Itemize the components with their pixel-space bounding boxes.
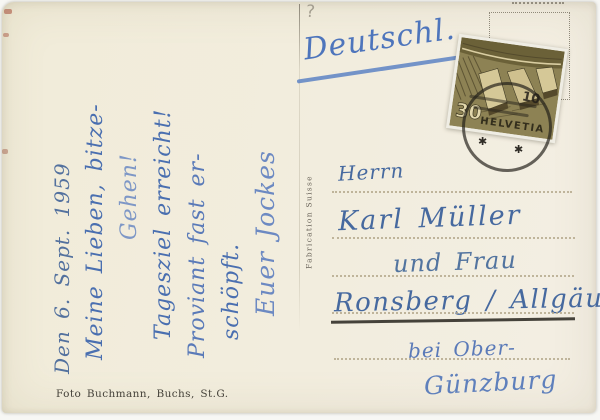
postcard-photo: Fabrication Suisse ? Den 6. Sept. 1959 M… xyxy=(0,0,600,420)
postmark-star-icon: ✱ xyxy=(514,143,523,156)
postmark-smudge xyxy=(473,106,529,117)
address-dotted-line xyxy=(332,237,575,239)
scan-speck xyxy=(4,9,12,14)
address-dotted-line xyxy=(332,191,572,193)
message-signature: Euer Jockes xyxy=(249,5,283,380)
scan-speck xyxy=(2,149,8,154)
address-dotted-line xyxy=(332,312,574,314)
stamp-box-edge xyxy=(512,2,564,4)
postmark-circle: 10 ✱ ✱ xyxy=(462,82,552,172)
message-line: Tagesziel erreicht! xyxy=(147,5,181,380)
publisher-imprint: Foto Buchmann, Buchs, St.G. xyxy=(56,388,229,400)
message-line: Meine Lieben, bitze- xyxy=(79,5,113,380)
message-line: Gehen! xyxy=(113,5,147,380)
scan-speck xyxy=(3,33,9,37)
address-recipient-title: Herrn xyxy=(337,158,404,185)
address-dotted-line xyxy=(334,358,570,360)
message-line: Proviant fast er- xyxy=(181,5,215,380)
message-block: Den 6. Sept. 1959 Meine Lieben, bitze- G… xyxy=(45,5,300,380)
pencil-mark: ? xyxy=(305,2,315,23)
address-dotted-line xyxy=(332,275,574,277)
message-line: schöpft. xyxy=(215,5,249,380)
address-recipient-name: Karl Müller xyxy=(338,200,523,237)
postmark-star-icon: ✱ xyxy=(478,135,487,148)
message-date: Den 6. Sept. 1959 xyxy=(45,5,79,380)
fabrication-imprint: Fabrication Suisse xyxy=(305,175,314,269)
address-recipient-name2: und Frau xyxy=(393,246,518,278)
